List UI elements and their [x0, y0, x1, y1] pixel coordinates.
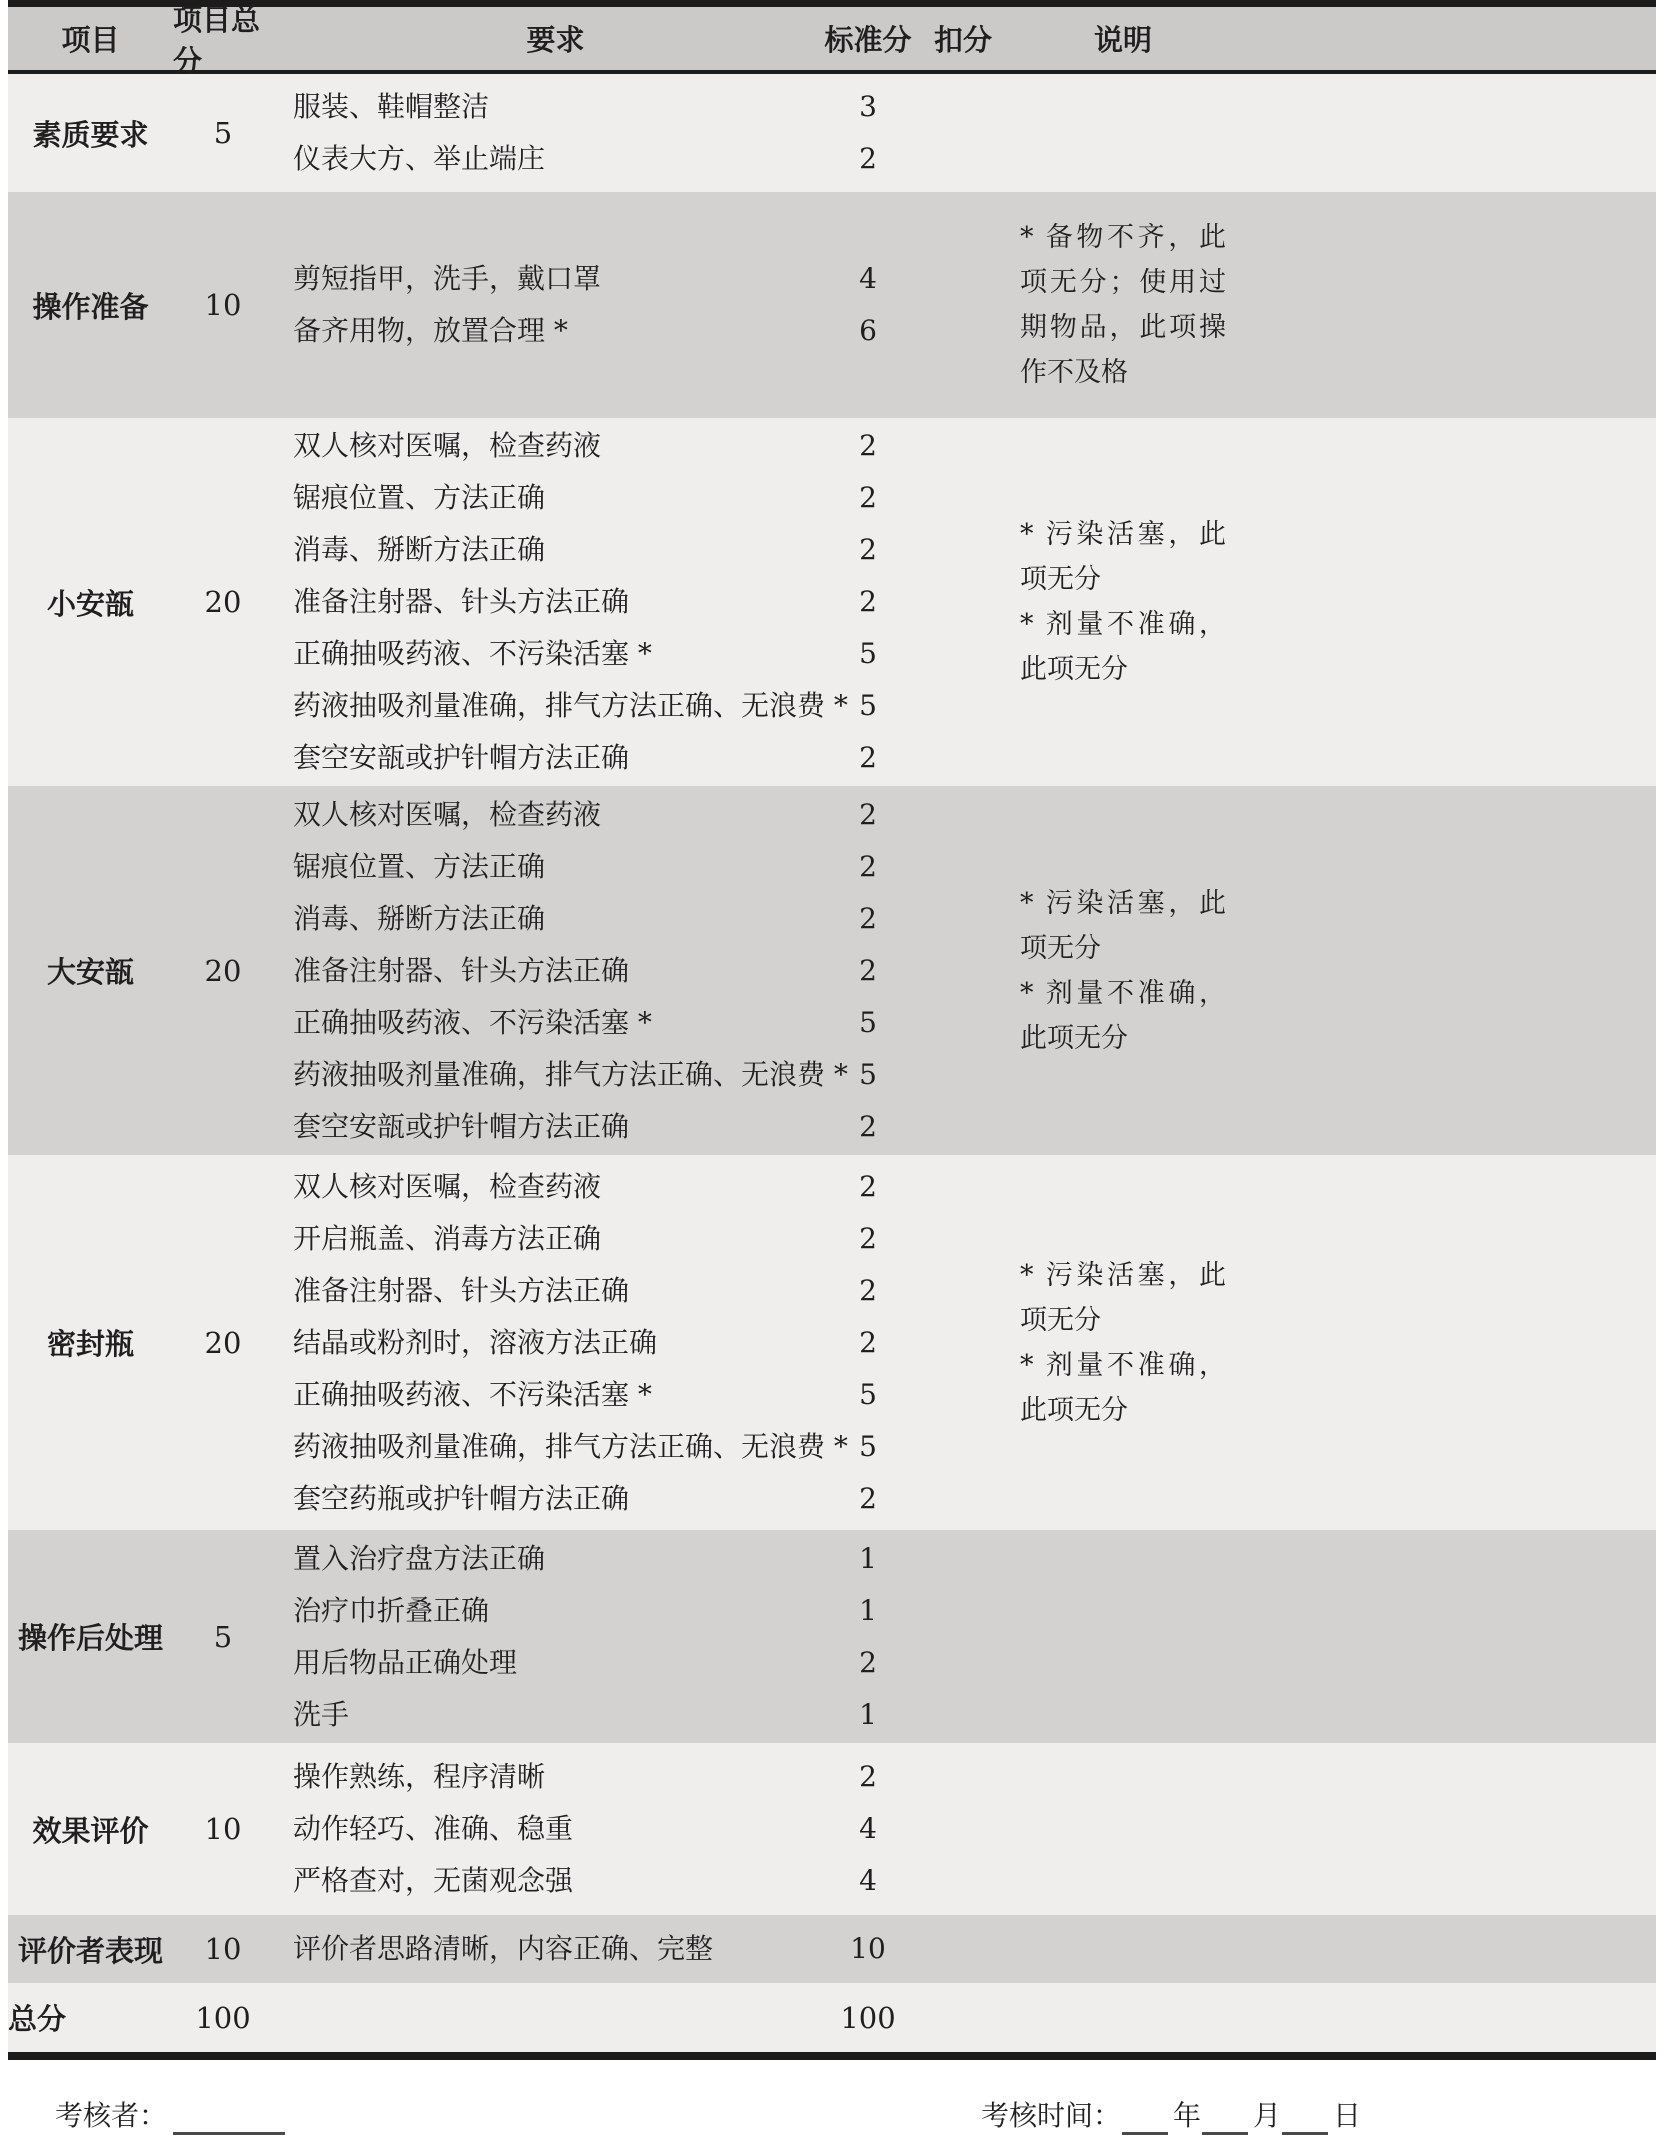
standard-score: 2 [859, 732, 877, 784]
section-item-label: 效果评价 [8, 1743, 173, 1915]
requirement-text: 结晶或粉剂时，溶液方法正确 [293, 1317, 657, 1369]
requirement-text: 药液抽吸剂量准确，排气方法正确、无浪费 * [293, 1049, 848, 1101]
standard-score: 2 [859, 1637, 877, 1689]
requirements-list: 双人核对医嘱，检查药液锯痕位置、方法正确消毒、掰断方法正确准备注射器、针头方法正… [273, 786, 818, 1155]
requirements-list: 双人核对医嘱，检查药液开启瓶盖、消毒方法正确准备注射器、针头方法正确结晶或粉剂时… [273, 1155, 818, 1530]
requirement-text: 双人核对医嘱，检查药液 [293, 420, 601, 472]
footer: 考核者： 考核时间：年月日 [8, 2094, 1656, 2134]
standard-score: 5 [859, 997, 877, 1049]
requirement-text: 锯痕位置、方法正确 [293, 841, 545, 893]
deduction-cell [918, 786, 1008, 1155]
day-blank-line [1282, 2105, 1328, 2135]
exam-time-line: 考核时间：年月日 [981, 2094, 1361, 2134]
requirement-text: 消毒、掰断方法正确 [293, 524, 545, 576]
section-item-label: 操作后处理 [8, 1530, 173, 1743]
standard-score: 2 [859, 1161, 877, 1213]
note-cell [1008, 74, 1656, 192]
header-requirement: 要求 [273, 7, 818, 70]
standard-score: 2 [859, 472, 877, 524]
note-cell [1008, 1743, 1656, 1915]
section-row: 操作准备10剪短指甲，洗手，戴口罩备齐用物，放置合理 *46* 备物不齐，此项无… [8, 192, 1656, 418]
standard-score: 2 [859, 1317, 877, 1369]
total-label: 总分 [8, 1997, 173, 2038]
standard-score: 2 [859, 1751, 877, 1803]
section-item-label: 小安瓿 [8, 418, 173, 786]
standard-scores-list: 2222552 [818, 1155, 918, 1530]
requirements-list: 剪短指甲，洗手，戴口罩备齐用物，放置合理 * [273, 192, 818, 418]
requirement-text: 套空药瓶或护针帽方法正确 [293, 1473, 629, 1525]
year-blank-line [1122, 2105, 1168, 2135]
requirement-text: 套空安瓿或护针帽方法正确 [293, 732, 629, 784]
requirement-text: 洗手 [293, 1689, 349, 1741]
standard-score: 6 [859, 305, 877, 357]
section-item-label: 大安瓿 [8, 786, 173, 1155]
standard-score: 5 [859, 680, 877, 732]
examiner-label: 考核者： [55, 2099, 167, 2132]
note-cell [1008, 1530, 1656, 1743]
requirements-list: 操作熟练，程序清晰动作轻巧、准确、稳重严格查对，无菌观念强 [273, 1743, 818, 1915]
requirement-text: 服装、鞋帽整洁 [293, 81, 489, 133]
section-item-label: 密封瓶 [8, 1155, 173, 1530]
standard-score: 2 [859, 1265, 877, 1317]
standard-score: 1 [859, 1585, 877, 1637]
note-text: * 污染活塞，此项无分 [1020, 512, 1226, 602]
requirement-text: 双人核对医嘱，检查药液 [293, 789, 601, 841]
total-standard-score: 100 [818, 2001, 918, 2035]
requirement-text: 药液抽吸剂量准确，排气方法正确、无浪费 * [293, 680, 848, 732]
standard-scores-list: 1121 [818, 1530, 918, 1743]
section-total-score: 10 [173, 1743, 273, 1915]
requirement-text: 准备注射器、针头方法正确 [293, 945, 629, 997]
note-text: * 污染活塞，此项无分 [1020, 881, 1226, 971]
standard-score: 2 [859, 576, 877, 628]
deduction-cell [918, 1155, 1008, 1530]
total-row: 总分 100 100 [8, 1983, 1656, 2060]
section-total-score: 20 [173, 418, 273, 786]
requirement-text: 双人核对医嘱，检查药液 [293, 1161, 601, 1213]
section-row: 操作后处理5置入治疗盘方法正确治疗巾折叠正确用后物品正确处理洗手1121 [8, 1530, 1656, 1743]
header-item: 项目 [8, 7, 173, 70]
standard-scores-list: 46 [818, 192, 918, 418]
header-item-total: 项目总分 [173, 7, 273, 70]
standard-score: 3 [859, 81, 877, 133]
header-standard-score: 标准分 [818, 7, 918, 70]
standard-scores-list: 244 [818, 1743, 918, 1915]
standard-scores-list: 32 [818, 74, 918, 192]
standard-score: 4 [859, 1803, 877, 1855]
section-total-score: 20 [173, 1155, 273, 1530]
examiner-line: 考核者： [55, 2094, 286, 2134]
standard-score: 2 [859, 524, 877, 576]
requirement-text: 正确抽吸药液、不污染活塞 * [293, 997, 652, 1049]
requirements-list: 服装、鞋帽整洁仪表大方、举止端庄 [273, 74, 818, 192]
note-text: * 污染活塞，此项无分 [1020, 1253, 1226, 1343]
requirement-text: 严格查对，无菌观念强 [293, 1855, 573, 1907]
requirement-text: 准备注射器、针头方法正确 [293, 576, 629, 628]
note-cell: * 备物不齐，此项无分；使用过期物品，此项操作不及格 [1008, 192, 1656, 418]
year-label: 年 [1173, 2099, 1201, 2132]
table-header-row: 项目 项目总分 要求 标准分 扣分 说明 [8, 0, 1656, 74]
header-note: 说明 [1008, 7, 1656, 70]
standard-score: 2 [859, 1473, 877, 1525]
section-total-score: 10 [173, 192, 273, 418]
section-row: 素质要求5服装、鞋帽整洁仪表大方、举止端庄32 [8, 74, 1656, 192]
standard-score: 2 [859, 420, 877, 472]
note-text: * 备物不齐，此项无分；使用过期物品，此项操作不及格 [1020, 215, 1226, 395]
standard-scores-list: 2222552 [818, 786, 918, 1155]
standard-score: 5 [859, 1369, 877, 1421]
requirement-text: 用后物品正确处理 [293, 1637, 517, 1689]
standard-scores-list: 10 [818, 1915, 918, 1983]
section-total-score: 20 [173, 786, 273, 1155]
requirement-text: 仪表大方、举止端庄 [293, 133, 545, 185]
requirement-text: 开启瓶盖、消毒方法正确 [293, 1213, 601, 1265]
standard-score: 5 [859, 628, 877, 680]
requirement-text: 评价者思路清晰，内容正确、完整 [293, 1923, 713, 1975]
note-text: * 剂量不准确，此项无分 [1020, 602, 1226, 692]
requirement-text: 正确抽吸药液、不污染活塞 * [293, 1369, 652, 1421]
standard-score: 2 [859, 133, 877, 185]
header-deduction: 扣分 [918, 7, 1008, 70]
note-cell: * 污染活塞，此项无分* 剂量不准确，此项无分 [1008, 786, 1656, 1155]
section-item-label: 评价者表现 [8, 1915, 173, 1983]
month-blank-line [1202, 2105, 1248, 2135]
requirements-list: 双人核对医嘱，检查药液锯痕位置、方法正确消毒、掰断方法正确准备注射器、针头方法正… [273, 418, 818, 786]
standard-score: 4 [859, 253, 877, 305]
requirement-text: 治疗巾折叠正确 [293, 1585, 489, 1637]
assessment-score-table: 项目 项目总分 要求 标准分 扣分 说明 素质要求5服装、鞋帽整洁仪表大方、举止… [8, 0, 1656, 2060]
requirement-text: 置入治疗盘方法正确 [293, 1533, 545, 1585]
standard-score: 2 [859, 1213, 877, 1265]
deduction-cell [918, 1530, 1008, 1743]
requirement-text: 消毒、掰断方法正确 [293, 893, 545, 945]
section-row: 评价者表现10评价者思路清晰，内容正确、完整10 [8, 1915, 1656, 1983]
requirement-text: 锯痕位置、方法正确 [293, 472, 545, 524]
standard-score: 1 [859, 1689, 877, 1741]
deduction-cell [918, 418, 1008, 786]
requirement-text: 正确抽吸药液、不污染活塞 * [293, 628, 652, 680]
section-item-label: 素质要求 [8, 74, 173, 192]
requirements-list: 置入治疗盘方法正确治疗巾折叠正确用后物品正确处理洗手 [273, 1530, 818, 1743]
standard-score: 10 [850, 1923, 886, 1975]
table-body: 素质要求5服装、鞋帽整洁仪表大方、举止端庄32操作准备10剪短指甲，洗手，戴口罩… [8, 74, 1656, 1983]
standard-score: 5 [859, 1421, 877, 1473]
standard-score: 5 [859, 1049, 877, 1101]
section-total-score: 5 [173, 74, 273, 192]
standard-score: 2 [859, 841, 877, 893]
requirement-text: 动作轻巧、准确、稳重 [293, 1803, 573, 1855]
section-row: 小安瓿20双人核对医嘱，检查药液锯痕位置、方法正确消毒、掰断方法正确准备注射器、… [8, 418, 1656, 786]
exam-time-label: 考核时间： [981, 2099, 1121, 2132]
deduction-cell [918, 74, 1008, 192]
note-cell: * 污染活塞，此项无分* 剂量不准确，此项无分 [1008, 1155, 1656, 1530]
standard-score: 2 [859, 1101, 877, 1153]
section-row: 大安瓿20双人核对医嘱，检查药液锯痕位置、方法正确消毒、掰断方法正确准备注射器、… [8, 786, 1656, 1155]
standard-score: 2 [859, 893, 877, 945]
note-text: * 剂量不准确，此项无分 [1020, 971, 1226, 1061]
standard-score: 2 [859, 789, 877, 841]
examiner-blank-line [173, 2105, 285, 2135]
requirement-text: 药液抽吸剂量准确，排气方法正确、无浪费 * [293, 1421, 848, 1473]
standard-score: 4 [859, 1855, 877, 1907]
requirement-text: 剪短指甲，洗手，戴口罩 [293, 253, 601, 305]
requirement-text: 准备注射器、针头方法正确 [293, 1265, 629, 1317]
requirements-list: 评价者思路清晰，内容正确、完整 [273, 1915, 818, 1983]
deduction-cell [918, 192, 1008, 418]
section-total-score: 5 [173, 1530, 273, 1743]
total-item-score: 100 [173, 2001, 273, 2035]
note-cell: * 污染活塞，此项无分* 剂量不准确，此项无分 [1008, 418, 1656, 786]
deduction-cell [918, 1915, 1008, 1983]
standard-score: 2 [859, 945, 877, 997]
section-row: 密封瓶20双人核对医嘱，检查药液开启瓶盖、消毒方法正确准备注射器、针头方法正确结… [8, 1155, 1656, 1530]
note-cell [1008, 1915, 1656, 1983]
note-text: * 剂量不准确，此项无分 [1020, 1343, 1226, 1433]
day-label: 日 [1333, 2099, 1361, 2132]
section-total-score: 10 [173, 1915, 273, 1983]
requirement-text: 操作熟练，程序清晰 [293, 1751, 545, 1803]
standard-score: 1 [859, 1533, 877, 1585]
section-item-label: 操作准备 [8, 192, 173, 418]
standard-scores-list: 2222552 [818, 418, 918, 786]
requirement-text: 套空安瓿或护针帽方法正确 [293, 1101, 629, 1153]
section-row: 效果评价10操作熟练，程序清晰动作轻巧、准确、稳重严格查对，无菌观念强244 [8, 1743, 1656, 1915]
month-label: 月 [1253, 2099, 1281, 2132]
deduction-cell [918, 1743, 1008, 1915]
requirement-text: 备齐用物，放置合理 * [293, 305, 568, 357]
